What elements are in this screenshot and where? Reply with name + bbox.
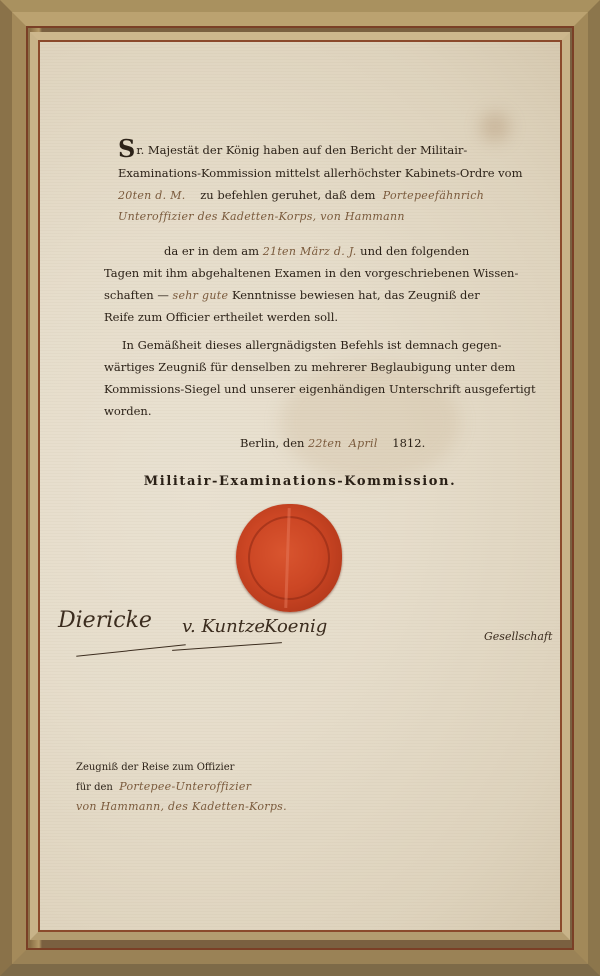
endorsement-line-1: Zeugniß der Reise zum Offizier [76, 758, 287, 777]
p2-line-1: da er in dem am 21ten März d. J. und den… [164, 242, 469, 261]
p3-line-2: wärtiges Zeugniß für denselben zu mehrer… [104, 358, 515, 376]
p3-line-1: In Gemäßheit dieses allergnädigsten Befe… [122, 336, 502, 354]
signature-flourish-1 [76, 644, 186, 656]
handwritten-grade: sehr gute [173, 289, 229, 302]
endorsement: Zeugniß der Reise zum Offizier für den P… [76, 758, 287, 816]
handwritten-name-endorsement: von Hammann, des Kadetten-Korps. [76, 797, 287, 816]
handwritten-rank-endorsement: Portepee-Unteroffizier [119, 780, 251, 793]
p1-line-2: Examinations-Kommission mittelst allerhö… [118, 164, 523, 182]
certificate-paper: Sr. Majestät der König haben auf den Ber… [40, 42, 560, 930]
handwritten-rank: Portepeefähnrich [383, 189, 484, 202]
handwritten-recipient: Unteroffizier des Kadetten-Korps, von Ha… [118, 208, 405, 226]
p1-line-1: Sr. Majestät der König haben auf den Ber… [118, 140, 467, 159]
signature-3: Koenig [264, 616, 327, 637]
signature-flourish-2 [172, 642, 282, 651]
signature-2: v. Kuntze [182, 616, 265, 637]
paper-spot [480, 112, 510, 142]
handwritten-date: 20ten d. M. [118, 189, 186, 202]
signature-1: Diericke [58, 608, 152, 633]
p2-line-3: schaften — sehr gute Kenntnisse bewiesen… [104, 286, 480, 305]
p3-line-4: worden. [104, 402, 152, 420]
p1-line-3: 20ten d. M. zu befehlen geruhet, daß dem… [118, 186, 484, 205]
issuer-title: Militair-Examinations-Kommission. [40, 474, 560, 489]
drop-initial: S [118, 134, 135, 163]
handwritten-month: April [349, 437, 378, 450]
p3-line-3: Kommissions-Siegel und unserer eigenhänd… [104, 380, 536, 398]
endorsement-line-2: für den Portepee-Unteroffizier [76, 777, 287, 797]
p2-line-2: Tagen mit ihm abgehaltenen Examen in den… [104, 264, 518, 282]
handwritten-exam-date: 21ten März d. J. [263, 245, 357, 258]
year: 1812. [392, 436, 425, 450]
handwritten-day: 22ten [308, 437, 342, 450]
signature-4: Gesellschaft [484, 630, 552, 643]
p2-line-4: Reife zum Officier ertheilet werden soll… [104, 308, 338, 326]
wax-seal [236, 504, 342, 612]
